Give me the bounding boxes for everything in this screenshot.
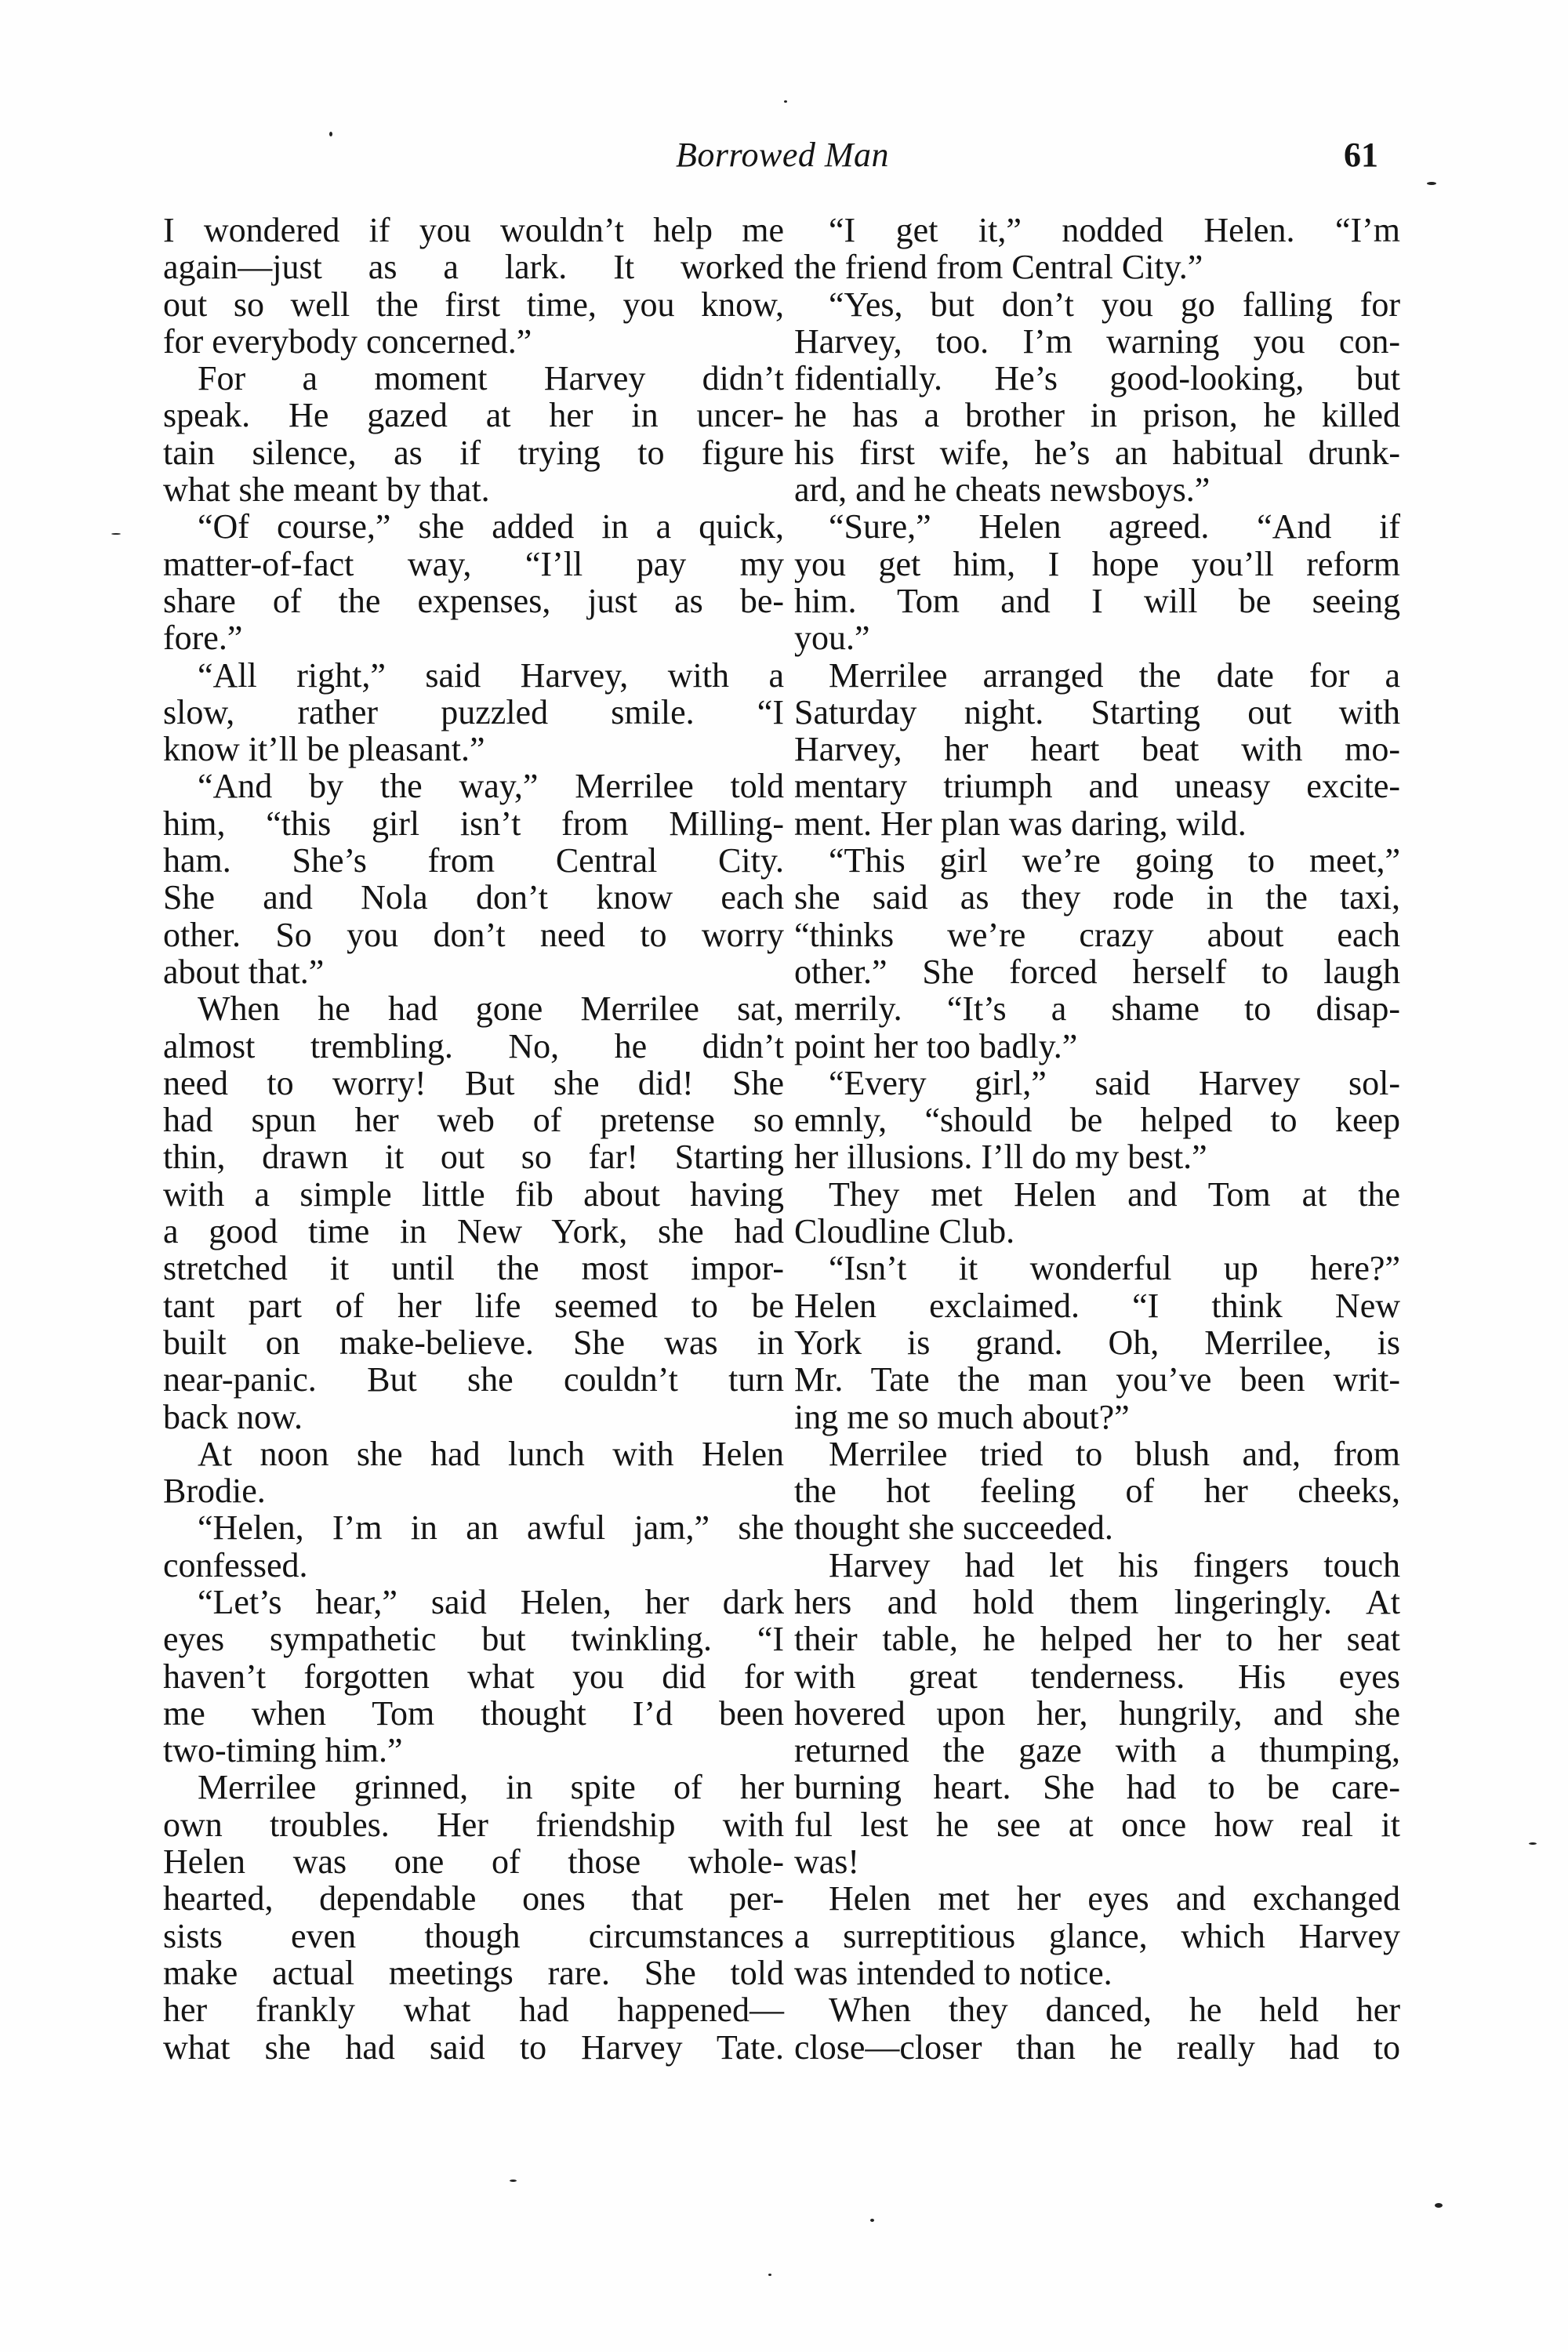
text-line: “Let’s hear,” said Helen, her dark — [163, 1584, 784, 1621]
text-line: thought she succeeded. — [794, 1509, 1400, 1546]
text-line: for everybody concerned.” — [163, 323, 784, 360]
text-line: Mr. Tate the man you’ve been writ- — [794, 1361, 1400, 1398]
text-line: Brodie. — [163, 1472, 784, 1509]
text-line: fidentially. He’s good-looking, but — [794, 360, 1400, 397]
text-line: “Isn’t it wonderful up here?” — [794, 1250, 1400, 1287]
text-line: “Helen, I’m in an awful jam,” she — [163, 1509, 784, 1546]
text-line: For a moment Harvey didn’t — [163, 360, 784, 397]
text-line: their table, he helped her to her seat — [794, 1621, 1400, 1657]
text-line: a surreptitious glance, which Harvey — [794, 1918, 1400, 1955]
scan-speck — [1427, 182, 1436, 185]
text-line: you get him, I hope you’ll reform — [794, 546, 1400, 583]
text-line: was intended to notice. — [794, 1955, 1400, 1991]
text-line: York is grand. Oh, Merrilee, is — [794, 1324, 1400, 1361]
text-line: own troubles. Her friendship with — [163, 1806, 784, 1843]
text-line: Merrilee tried to blush and, from — [794, 1436, 1400, 1472]
text-line: share of the expenses, just as be- — [163, 583, 784, 619]
text-line: ard, and he cheats newsboys.” — [794, 471, 1400, 508]
text-line: slow, rather puzzled smile. “I — [163, 694, 784, 731]
text-line: almost trembling. No, he didn’t — [163, 1028, 784, 1065]
text-line: other. So you don’t need to worry — [163, 916, 784, 953]
text-line: “Of course,” she added in a quick, — [163, 508, 784, 545]
text-line: his first wife, he’s an habitual drunk- — [794, 434, 1400, 471]
text-line: returned the gaze with a thumping, — [794, 1732, 1400, 1769]
text-line: Helen exclaimed. “I think New — [794, 1287, 1400, 1324]
text-line: “All right,” said Harvey, with a — [163, 657, 784, 694]
text-line: close—closer than he really had to — [794, 2029, 1400, 2066]
scan-speck — [329, 132, 332, 136]
text-line: make actual meetings rare. She told — [163, 1955, 784, 1991]
scan-speck — [1435, 2203, 1443, 2208]
scan-speck — [510, 2180, 517, 2182]
text-line: merrily. “It’s a shame to disap- — [794, 990, 1400, 1027]
text-line: built on make-believe. She was in — [163, 1324, 784, 1361]
text-line: Harvey, her heart beat with mo- — [794, 731, 1400, 768]
text-line: had spun her web of pretense so — [163, 1102, 784, 1138]
text-line: Harvey had let his fingers touch — [794, 1547, 1400, 1584]
text-line: what she meant by that. — [163, 471, 784, 508]
text-line: a good time in New York, she had — [163, 1213, 784, 1250]
text-line: she said as they rode in the taxi, — [794, 879, 1400, 916]
scan-speck — [784, 100, 787, 103]
text-line: They met Helen and Tom at the — [794, 1176, 1400, 1213]
text-line: was! — [794, 1843, 1400, 1880]
text-line: hovered upon her, hungrily, and she — [794, 1695, 1400, 1732]
text-line: with great tenderness. His eyes — [794, 1658, 1400, 1695]
scan-speck — [870, 2219, 874, 2222]
text-line: with a simple little fib about having — [163, 1176, 784, 1213]
text-line: Merrilee arranged the date for a — [794, 657, 1400, 694]
text-line: haven’t forgotten what you did for — [163, 1658, 784, 1695]
text-line: him. Tom and I will be seeing — [794, 583, 1400, 619]
text-line: burning heart. She had to be care- — [794, 1769, 1400, 1806]
text-line: her illusions. I’ll do my best.” — [794, 1138, 1400, 1175]
text-line: tain silence, as if trying to figure — [163, 434, 784, 471]
text-line: Merrilee grinned, in spite of her — [163, 1769, 784, 1806]
text-line: emnly, “should be helped to keep — [794, 1102, 1400, 1138]
text-line: other.” She forced herself to laugh — [794, 953, 1400, 990]
running-title: Borrowed Man — [633, 132, 931, 179]
text-line: “I get it,” nodded Helen. “I’m — [794, 212, 1400, 249]
scan-speck — [1529, 1842, 1537, 1845]
text-line: the hot feeling of her cheeks, — [794, 1472, 1400, 1509]
text-line: I wondered if you wouldn’t help me — [163, 212, 784, 249]
text-line: “This girl we’re going to meet,” — [794, 842, 1400, 879]
text-line: At noon she had lunch with Helen — [163, 1436, 784, 1472]
text-line: matter-of-fact way, “I’ll pay my — [163, 546, 784, 583]
text-line: about that.” — [163, 953, 784, 990]
text-line: ment. Her plan was daring, wild. — [794, 805, 1400, 842]
text-line: She and Nola don’t know each — [163, 879, 784, 916]
book-page: Borrowed Man 61 I wondered if you wouldn… — [0, 0, 1568, 2352]
text-line: When they danced, he held her — [794, 1991, 1400, 2028]
running-head: Borrowed Man 61 — [163, 132, 1400, 179]
text-line: Saturday night. Starting out with — [794, 694, 1400, 731]
text-line: “Every girl,” said Harvey sol- — [794, 1065, 1400, 1102]
text-column-left: I wondered if you wouldn’t help meagain—… — [163, 212, 784, 2066]
text-line: again—just as a lark. It worked — [163, 249, 784, 285]
text-column-right: “I get it,” nodded Helen. “I’mthe friend… — [794, 212, 1400, 2066]
text-line: hearted, dependable ones that per- — [163, 1880, 784, 1917]
text-line: sists even though circumstances — [163, 1918, 784, 1955]
text-line: eyes sympathetic but twinkling. “I — [163, 1621, 784, 1657]
text-line: need to worry! But she did! She — [163, 1065, 784, 1102]
text-line: confessed. — [163, 1547, 784, 1584]
text-line: point her too badly.” — [794, 1028, 1400, 1065]
text-line: Helen was one of those whole- — [163, 1843, 784, 1880]
text-line: near-panic. But she couldn’t turn — [163, 1361, 784, 1398]
text-line: “And by the way,” Merrilee told — [163, 768, 784, 804]
text-line: him, “this girl isn’t from Milling- — [163, 805, 784, 842]
text-line: mentary triumph and uneasy excite- — [794, 768, 1400, 804]
text-line: out so well the first time, you know, — [163, 286, 784, 323]
text-line: “Sure,” Helen agreed. “And if — [794, 508, 1400, 545]
text-line: fore.” — [163, 619, 784, 656]
text-line: ful lest he see at once how real it — [794, 1806, 1400, 1843]
text-line: two-timing him.” — [163, 1732, 784, 1769]
text-line: know it’ll be pleasant.” — [163, 731, 784, 768]
text-line: Cloudline Club. — [794, 1213, 1400, 1250]
text-line: ham. She’s from Central City. — [163, 842, 784, 879]
text-line: “thinks we’re crazy about each — [794, 916, 1400, 953]
text-line: me when Tom thought I’d been — [163, 1695, 784, 1732]
text-line: what she had said to Harvey Tate. — [163, 2029, 784, 2066]
text-line: the friend from Central City.” — [794, 249, 1400, 285]
text-line: he has a brother in prison, he killed — [794, 397, 1400, 434]
scan-speck — [111, 533, 121, 535]
text-line: her frankly what had happened— — [163, 1991, 784, 2028]
text-line: thin, drawn it out so far! Starting — [163, 1138, 784, 1175]
page-number: 61 — [1344, 132, 1378, 179]
text-line: Helen met her eyes and exchanged — [794, 1880, 1400, 1917]
text-line: When he had gone Merrilee sat, — [163, 990, 784, 1027]
text-line: “Yes, but don’t you go falling for — [794, 286, 1400, 323]
scan-speck — [768, 2274, 771, 2276]
text-line: ing me so much about?” — [794, 1399, 1400, 1436]
text-line: stretched it until the most impor- — [163, 1250, 784, 1287]
text-line: speak. He gazed at her in uncer- — [163, 397, 784, 434]
text-line: hers and hold them lingeringly. At — [794, 1584, 1400, 1621]
text-line: Harvey, too. I’m warning you con- — [794, 323, 1400, 360]
text-line: you.” — [794, 619, 1400, 656]
text-line: tant part of her life seemed to be — [163, 1287, 784, 1324]
text-line: back now. — [163, 1399, 784, 1436]
